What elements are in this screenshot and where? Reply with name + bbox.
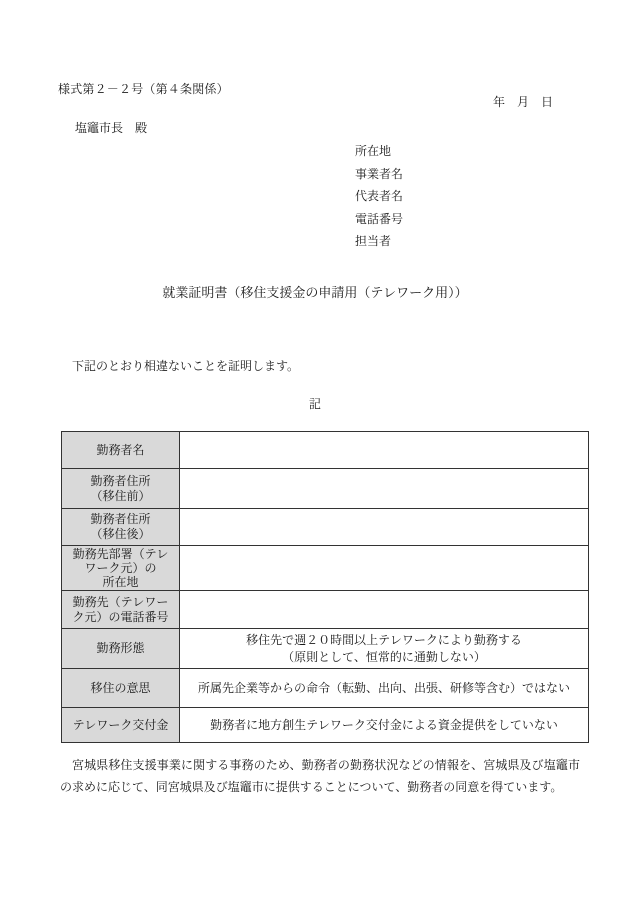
table-row: 勤務者住所 （移住後） <box>62 509 589 546</box>
table-row: 勤務先部署（テレ ワーク元）の 所在地 <box>62 546 589 591</box>
row-value-migration-intent: 所属先企業等からの命令（転勤、出向、出張、研修等含む）ではない <box>180 669 589 708</box>
row-value-workplace-location <box>180 546 589 591</box>
table-row: 勤務形態 移住先で週２０時間以上テレワークにより勤務する （原則として、恒常的に… <box>62 629 589 669</box>
row-label-work-style: 勤務形態 <box>62 629 180 669</box>
consent-note: 宮城県移住支援事業に関する事務のため、勤務者の勤務状況などの情報を、宮城県及び塩… <box>60 754 580 798</box>
declaration-text: 下記のとおり相違ないことを証明します。 <box>72 357 299 374</box>
sender-info-block: 所在地 事業者名 代表者名 電話番号 担当者 <box>355 140 403 253</box>
sender-field-location: 所在地 <box>355 140 403 163</box>
table-row: テレワーク交付金 勤務者に地方創生テレワーク交付金による資金提供をしていない <box>62 708 589 743</box>
row-label-address-before: 勤務者住所 （移住前） <box>62 469 180 509</box>
row-label-workplace-location: 勤務先部署（テレ ワーク元）の 所在地 <box>62 546 180 591</box>
table-row: 勤務者名 <box>62 432 589 469</box>
row-label-telework-grant: テレワーク交付金 <box>62 708 180 743</box>
addressee: 塩竈市長 殿 <box>75 119 147 136</box>
date-line: 年 月 日 <box>493 93 553 110</box>
row-label-migration-intent: 移住の意思 <box>62 669 180 708</box>
form-number: 様式第２－２号（第４条関係） <box>58 80 229 97</box>
row-value-work-style: 移住先で週２０時間以上テレワークにより勤務する （原則として、恒常的に通勤しない… <box>180 629 589 669</box>
row-value-address-before <box>180 469 589 509</box>
document-title: 就業証明書（移住支援金の申請用（テレワーク用）） <box>0 282 630 301</box>
row-label-address-after: 勤務者住所 （移住後） <box>62 509 180 546</box>
table-row: 勤務先（テレワー ク元）の電話番号 <box>62 591 589 629</box>
row-value-telework-grant: 勤務者に地方創生テレワーク交付金による資金提供をしていない <box>180 708 589 743</box>
table-row: 勤務者住所 （移住前） <box>62 469 589 509</box>
table-row: 移住の意思 所属先企業等からの命令（転勤、出向、出張、研修等含む）ではない <box>62 669 589 708</box>
row-value-workplace-phone <box>180 591 589 629</box>
sender-field-contact-person: 担当者 <box>355 230 403 253</box>
document-page: 様式第２－２号（第４条関係） 年 月 日 塩竈市長 殿 所在地 事業者名 代表者… <box>0 0 630 903</box>
row-value-address-after <box>180 509 589 546</box>
row-label-worker-name: 勤務者名 <box>62 432 180 469</box>
sender-field-representative: 代表者名 <box>355 185 403 208</box>
row-value-worker-name <box>180 432 589 469</box>
row-label-workplace-phone: 勤務先（テレワー ク元）の電話番号 <box>62 591 180 629</box>
sender-field-business-name: 事業者名 <box>355 163 403 186</box>
record-marker: 記 <box>0 395 630 412</box>
certificate-table: 勤務者名 勤務者住所 （移住前） 勤務者住所 （移住後） 勤務先部署（テレ ワー… <box>61 431 589 743</box>
sender-field-phone: 電話番号 <box>355 208 403 231</box>
